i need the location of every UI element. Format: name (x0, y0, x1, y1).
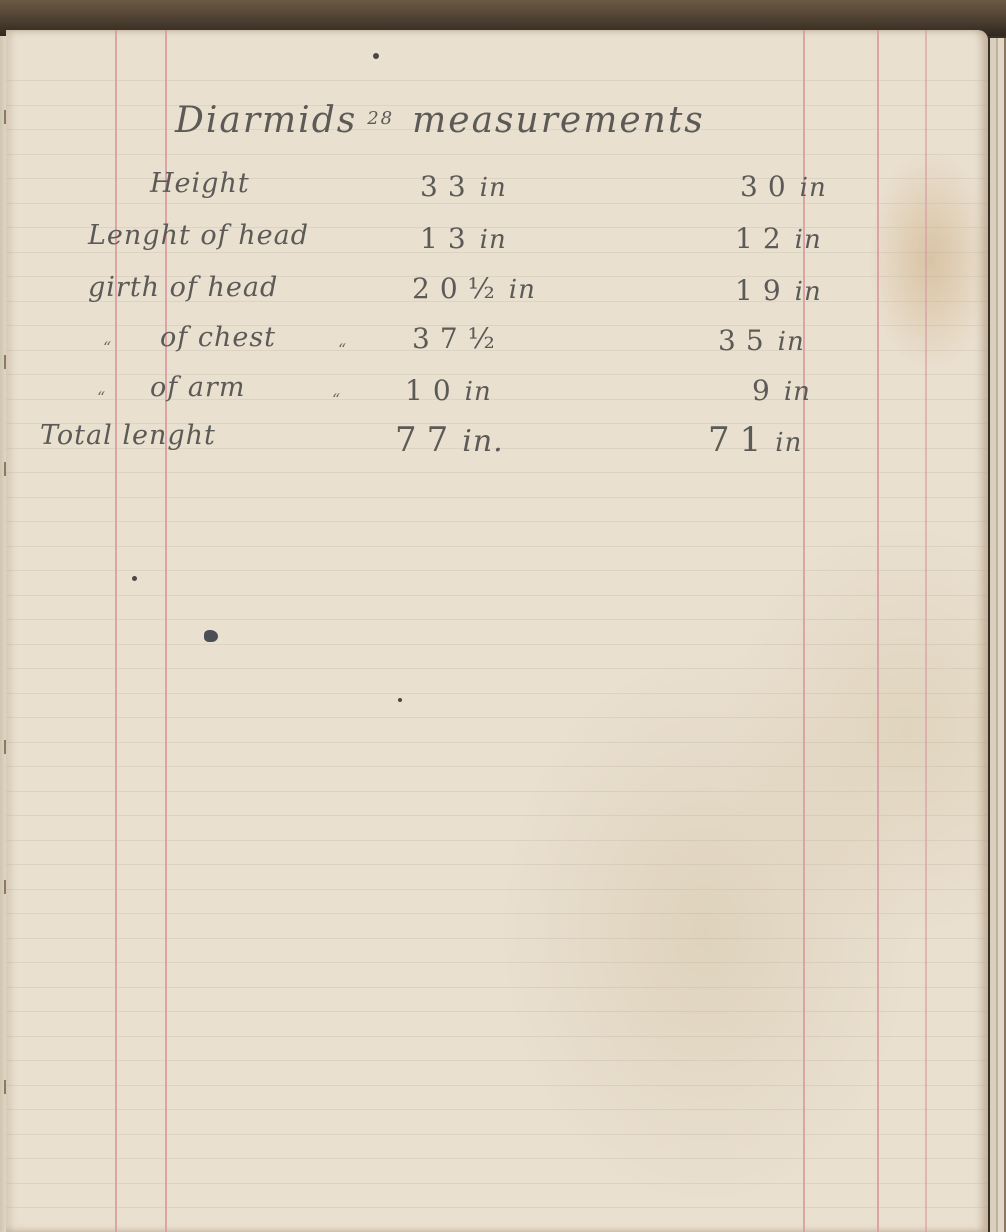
row-value-col2: 71in (708, 420, 802, 460)
paper-speck (373, 53, 379, 59)
row-value-col1: 33in (420, 170, 507, 203)
row-value-col2: 12in (735, 222, 822, 255)
stitch-mark (4, 110, 16, 124)
row-label-girth-of-head: girth of head (88, 272, 278, 303)
ruled-line (6, 619, 988, 620)
paper-speck (398, 698, 402, 702)
ruled-line (6, 791, 988, 792)
ruled-line (6, 570, 988, 571)
ruled-line (6, 938, 988, 939)
ruled-line (6, 1134, 988, 1135)
ruled-line (6, 154, 988, 155)
margin-line-right-2 (877, 30, 879, 1232)
paper-speck (132, 576, 137, 581)
ink-blot (204, 630, 218, 642)
ruled-line (6, 1158, 988, 1159)
ruled-line (6, 546, 988, 547)
row-value-col2: 19in (735, 274, 822, 307)
ditto-mark: “ (103, 338, 112, 357)
row-label-length-of-head: Lenght of head (88, 220, 309, 251)
ruled-line (6, 1207, 988, 1208)
margin-line-left-1 (115, 30, 117, 1232)
stitch-mark (4, 880, 16, 894)
ruled-line (6, 889, 988, 890)
ditto-mark: “ (338, 340, 347, 359)
ruled-line (6, 668, 988, 669)
ruled-line (6, 203, 988, 204)
page-stack-edge (988, 38, 1006, 1232)
stitch-mark (4, 462, 16, 476)
stitch-mark (4, 355, 16, 369)
ruled-line (6, 1085, 988, 1086)
title-text: measurements (412, 100, 705, 141)
ruled-line (6, 766, 988, 767)
ruled-line (6, 472, 988, 473)
title-name: Diarmids (175, 100, 357, 141)
ruled-line (6, 962, 988, 963)
ruled-line (6, 987, 988, 988)
row-value-col1: 20½in (412, 272, 536, 305)
row-value-col2: 35in (718, 324, 805, 357)
ruled-line (6, 815, 988, 816)
row-label-girth-of-arm: of arm (150, 372, 245, 403)
ruled-line (6, 1060, 988, 1061)
ditto-mark: “ (97, 388, 106, 407)
margin-line-left-2 (165, 30, 167, 1232)
notebook-page (6, 30, 988, 1232)
ruled-line (6, 742, 988, 743)
ruled-line (6, 497, 988, 498)
row-value-col1: 77in. (395, 420, 504, 460)
ruled-line (6, 693, 988, 694)
ruled-line (6, 1011, 988, 1012)
ruled-line (6, 521, 988, 522)
ruled-line (6, 80, 988, 81)
ruled-line (6, 717, 988, 718)
row-value-col1: 10in (405, 374, 492, 407)
stitch-mark (4, 1080, 16, 1094)
ruled-line (6, 913, 988, 914)
ruled-line (6, 1183, 988, 1184)
row-label-total-length: Total lenght (40, 420, 216, 451)
margin-line-right-3 (925, 30, 927, 1232)
page-title: Diarmids28measurements (175, 100, 705, 141)
ruled-line (6, 644, 988, 645)
ruled-line (6, 1109, 988, 1110)
row-value-col2: 30in (740, 170, 827, 203)
ruled-line (6, 864, 988, 865)
margin-line-right-1 (803, 30, 805, 1232)
row-value-col2: 9in (752, 374, 811, 407)
title-number: 28 (367, 108, 394, 129)
row-label-height: Height (150, 168, 250, 199)
row-label-girth-of-chest: of chest (160, 322, 276, 353)
row-value-col1: 13in (420, 222, 507, 255)
ditto-mark: “ (332, 390, 341, 409)
row-value-col1: 37½ (412, 322, 509, 355)
ruled-line (6, 595, 988, 596)
ruled-line (6, 1036, 988, 1037)
ruled-line (6, 840, 988, 841)
